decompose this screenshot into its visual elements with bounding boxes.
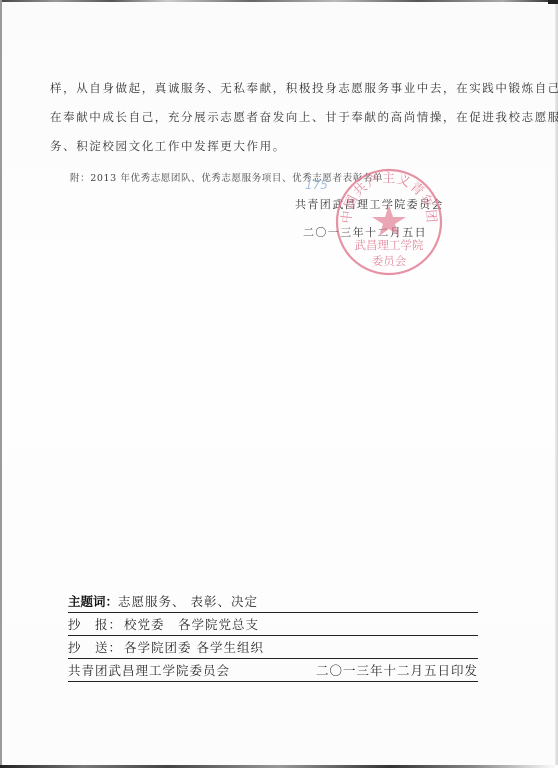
issuer: 共青团武昌理工学院委员会 (68, 663, 230, 678)
footer-copy-row: 抄 送：各学院团委 各学生组织 (68, 636, 478, 659)
seal-inner-text-1: 武昌理工学院 (355, 238, 424, 252)
scan-edge-top (0, 0, 558, 2)
report-label: 抄 报： (68, 613, 124, 637)
body-line-2: 在奉献中成长自己，充分展示志愿者奋发向上、甘于奉献的高尚情操，在促进我校志愿服 (50, 109, 558, 125)
document-footer-table: 主题词：志愿服务、 表彰、决定 抄 报：校党委 各学院党总支 抄 送：各学院团委… (68, 590, 478, 682)
body-line-1: 样，从自身做起，真诚服务、无私奉献，积极投身志愿服务事业中去，在实践中锻炼自己， (50, 80, 558, 96)
signature-organization: 共青团武昌理工学院委员会 (295, 196, 444, 212)
body-line-3: 务、积淀校园文化工作中发挥更大作用。 (50, 138, 286, 154)
copy-label: 抄 送： (68, 636, 124, 660)
annex-note: 附：2013 年优秀志愿团队、优秀志愿服务项目、优秀志愿者表彰名单 (70, 170, 383, 184)
keywords-label: 主题词： (68, 594, 118, 609)
signature-date: 二〇一三年十二月五日 (303, 224, 427, 240)
footer-report-row: 抄 报：校党委 各学院党总支 (68, 613, 478, 636)
report-value: 校党委 各学院党总支 (124, 617, 259, 632)
keywords-value: 志愿服务、 表彰、决定 (118, 594, 258, 609)
issue-date: 二〇一三年十二月五日印发 (316, 659, 478, 683)
scan-corner (548, 0, 558, 4)
seal-inner-text-2: 委员会 (372, 254, 407, 268)
footer-keywords-row: 主题词：志愿服务、 表彰、决定 (68, 590, 478, 613)
handwritten-mark: 175 (305, 178, 329, 196)
copy-value: 各学院团委 各学生组织 (124, 640, 264, 655)
scan-edge-left (0, 0, 2, 768)
footer-issuer-row: 共青团武昌理工学院委员会 二〇一三年十二月五日印发 (68, 659, 478, 682)
scanned-page: 样，从自身做起，真诚服务、无私奉献，积极投身志愿服务事业中去，在实践中锻炼自己，… (0, 0, 558, 768)
